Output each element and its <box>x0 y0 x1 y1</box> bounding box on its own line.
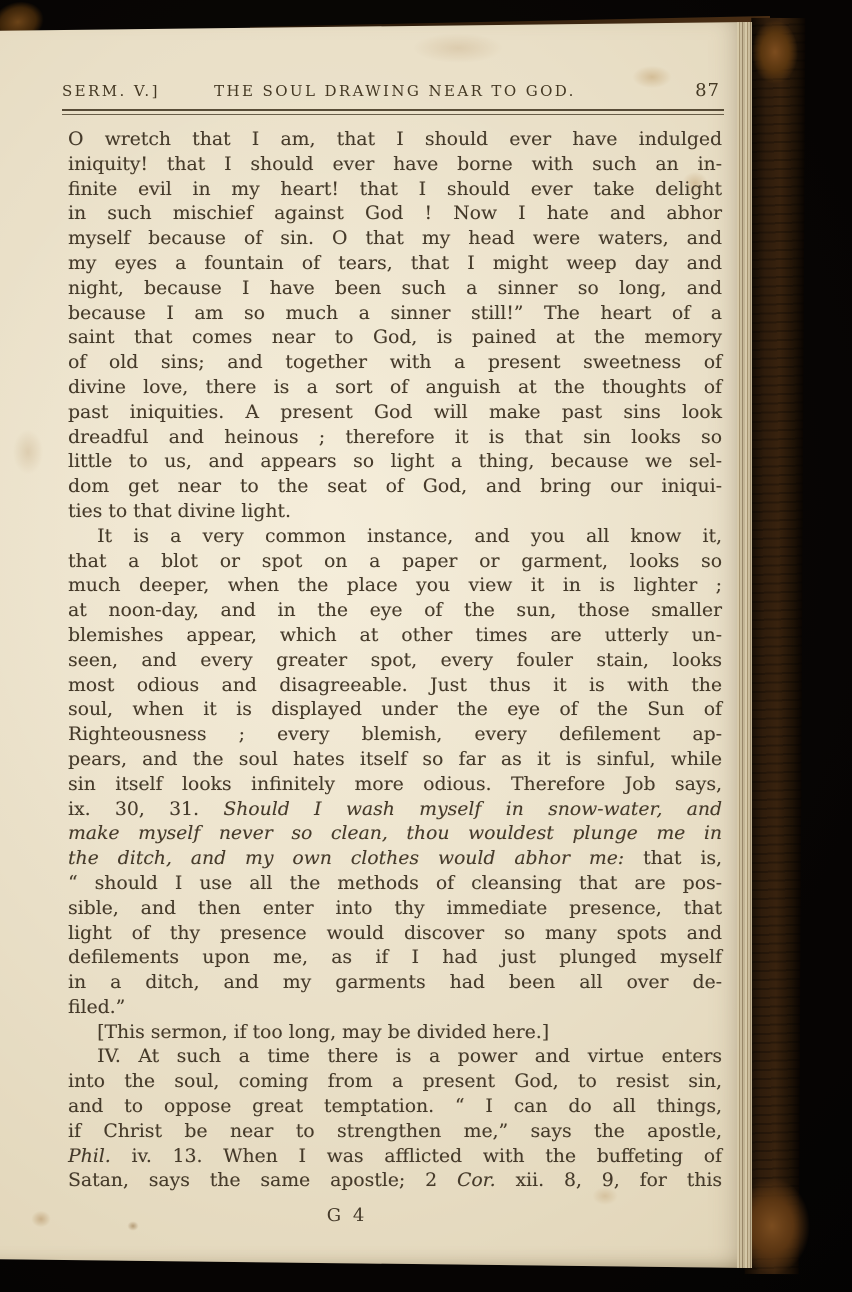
text-line: IV. At such a time there is a power and … <box>68 1045 722 1070</box>
text-line: sin itself looks infinitely more odious.… <box>68 773 722 798</box>
text-line: divine love, there is a sort of anguish … <box>68 376 722 401</box>
text-line: It is a very common instance, and you al… <box>68 525 722 550</box>
sermon-number-label: SERM. V.] <box>62 82 160 100</box>
text-line: dom get near to the seat of God, and bri… <box>68 475 722 500</box>
text-line: my eyes a fountain of tears, that I migh… <box>68 252 722 277</box>
text-line: pears, and the soul hates itself so far … <box>68 748 722 773</box>
text-line: ix. 30, 31. Should I wash myself in snow… <box>68 798 722 823</box>
text-line: in a ditch, and my garments had been all… <box>68 971 722 996</box>
text-line: O wretch that I am, that I should ever h… <box>68 128 722 153</box>
text-line: of old sins; and together with a present… <box>68 351 722 376</box>
text-line: blemishes appear, which at other times a… <box>68 624 722 649</box>
text-line: the ditch, and my own clothes would abho… <box>68 847 722 872</box>
text-line: into the soul, coming from a present God… <box>68 1070 722 1095</box>
text-line: finite evil in my heart! that I should e… <box>68 178 722 203</box>
text-line: make myself never so clean, thou wouldes… <box>68 822 722 847</box>
text-line: myself because of sin. O that my head we… <box>68 227 722 252</box>
page-fore-edge-stack <box>737 22 752 1268</box>
text-line: if Christ be near to strengthen me,” say… <box>68 1120 722 1145</box>
book-cover-leather-edge <box>745 18 806 1274</box>
body-text: O wretch that I am, that I should ever h… <box>68 128 722 1194</box>
text-line: much deeper, when the place you view it … <box>68 574 722 599</box>
text-line: dreadful and heinous ; therefore it is t… <box>68 426 722 451</box>
text-line: in such mischief against God ! Now I hat… <box>68 202 722 227</box>
text-line: Satan, says the same apostle; 2 Cor. xii… <box>68 1169 722 1194</box>
text-line: ties to that divine light. <box>68 500 722 525</box>
running-title: THE SOUL DRAWING NEAR TO GOD. <box>214 82 576 100</box>
signature-mark: G 4 <box>68 1205 626 1226</box>
text-line: seen, and every greater spot, every foul… <box>68 649 722 674</box>
photo-backdrop: SERM. V.] THE SOUL DRAWING NEAR TO GOD. … <box>0 0 852 1292</box>
text-line: Righteousness ; every blemish, every def… <box>68 723 722 748</box>
page-number: 87 <box>695 80 720 101</box>
page-content: SERM. V.] THE SOUL DRAWING NEAR TO GOD. … <box>68 22 722 1226</box>
text-line: filed.” <box>68 996 722 1021</box>
book-page: SERM. V.] THE SOUL DRAWING NEAR TO GOD. … <box>0 22 752 1268</box>
text-line: night, because I have been such a sinner… <box>68 277 722 302</box>
text-line: iniquity! that I should ever have borne … <box>68 153 722 178</box>
foxing-stain <box>8 422 48 482</box>
double-rule-divider <box>62 109 724 115</box>
leather-worn-corner-top <box>752 20 798 84</box>
text-line: and to oppose great temptation. “ I can … <box>68 1095 722 1120</box>
text-line: soul, when it is displayed under the eye… <box>68 698 722 723</box>
text-line: that a blot or spot on a paper or garmen… <box>68 550 722 575</box>
text-line: sible, and then enter into thy immediate… <box>68 897 722 922</box>
text-line: at noon-day, and in the eye of the sun, … <box>68 599 722 624</box>
text-line: past iniquities. A present God will make… <box>68 401 722 426</box>
running-head: SERM. V.] THE SOUL DRAWING NEAR TO GOD. … <box>68 80 722 102</box>
text-line: light of thy presence would discover so … <box>68 922 722 947</box>
text-line: saint that comes near to God, is pained … <box>68 326 722 351</box>
text-line: most odious and disagreeable. Just thus … <box>68 674 722 699</box>
text-line: “ should I use all the methods of cleans… <box>68 872 722 897</box>
foxing-stain <box>28 1208 54 1230</box>
text-line: because I am so much a sinner still!” Th… <box>68 302 722 327</box>
text-line: little to us, and appears so light a thi… <box>68 450 722 475</box>
text-line: [This sermon, if too long, may be divide… <box>68 1021 722 1046</box>
text-line: Phil. iv. 13. When I was afflicted with … <box>68 1145 722 1170</box>
text-line: defilements upon me, as if I had just pl… <box>68 946 722 971</box>
